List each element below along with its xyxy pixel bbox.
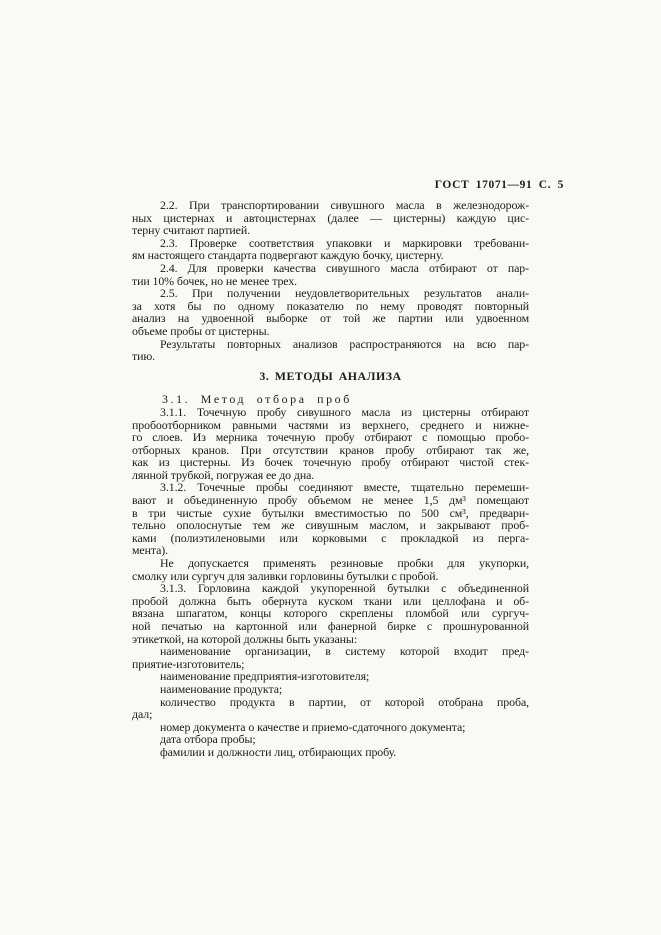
text-line: го слоев. Из мерника точечную пробу отби… [132,431,529,444]
text-line: ками (полиэтиленовыми или корковыми с пр… [132,532,529,545]
text-line: наименование организации, в систему кото… [132,645,529,658]
text-line: вают и объединенную пробу объемом не мен… [132,494,529,507]
running-header: ГОСТ 17071—91 С. 5 [0,179,564,191]
text-line: объеме пробы от цистерны. [132,325,529,338]
text-line: 3.1.3. Горловина каждой укупоренной буты… [132,582,529,595]
text-line: дал; [132,708,529,721]
text-line: фамилии и должности лиц, отбирающих проб… [132,746,529,759]
text-line: 3.1.1. Точечную пробу сивушного масла из… [132,406,529,419]
text-line: терну считают партией. [132,224,529,237]
text-line: как из цистерны. Из бочек точечную пробу… [132,456,529,469]
text-line: Не допускается применять резиновые пробк… [132,557,529,570]
text-line: ной печатью на картонной или фанерной би… [132,620,529,633]
text-line: 2.5. При получении неудовлетворительных … [132,287,529,300]
text-line: Результаты повторных анализов распростра… [132,338,529,351]
section-heading: 3. МЕТОДЫ АНАЛИЗА [132,370,529,383]
text-line: тию. [132,350,529,363]
text-line: 2.4. Для проверки качества сивушного мас… [132,262,529,275]
text-line: наименование продукта; [132,683,529,696]
text-line: тельно ополоснутые тем же сивушным масло… [132,519,529,532]
scanned-document-page: ГОСТ 17071—91 С. 5 2.2. При транспортиро… [0,0,661,935]
text-line: 2.2. При транспортировании сивушного мас… [132,199,529,212]
document-body: 2.2. При транспортировании сивушного мас… [132,199,529,759]
text-line: количество продукта в партии, от которой… [132,696,529,709]
